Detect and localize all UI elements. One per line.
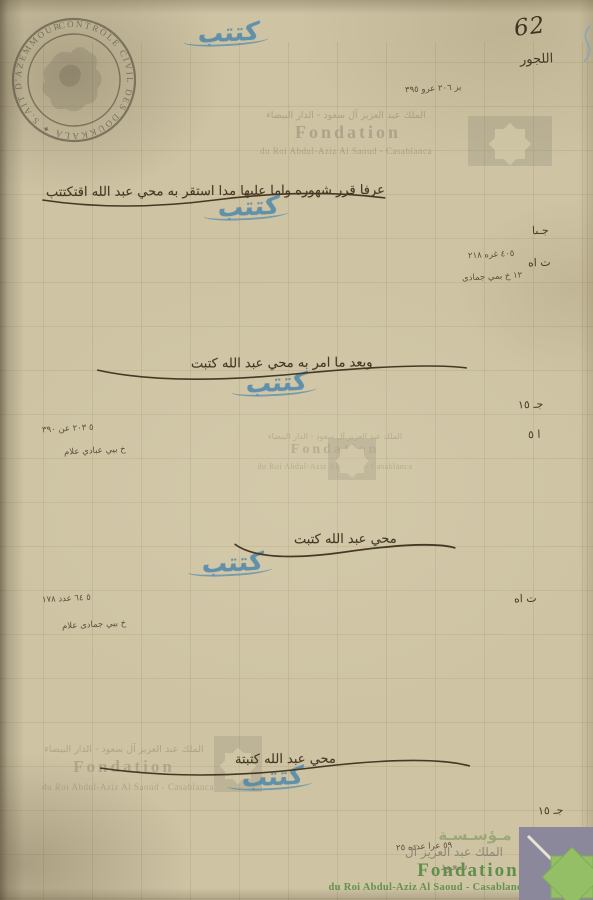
signature-flourish xyxy=(92,364,472,382)
margin-mark: جـ ١٥ xyxy=(538,804,564,818)
margin-mark: ا ٥ xyxy=(528,428,541,441)
fee-reference: ٥ ٢٠٣ عن ٣٩٠ xyxy=(42,423,94,436)
fee-reference: خ بيي جمادى علام xyxy=(62,618,127,631)
watermark-title: Fondation xyxy=(258,122,438,143)
entry-signature: محي عبد الله كتبتة xyxy=(95,748,475,767)
watermark-subtitle: du Roi Abdul-Aziz Al Saoud - Casablanca xyxy=(28,782,228,792)
foundation-logo xyxy=(519,827,593,900)
margin-mark: ت اه xyxy=(514,592,537,606)
watermark-logo-square xyxy=(468,116,552,166)
watermark-title: Fondation xyxy=(280,442,390,458)
watermark-arabic: الملك عبد العزيز آل سعود - الدار البيضاء xyxy=(228,110,464,121)
official-stamp: CONTROLE CIVIL DES DOUKKALA ✦ S.AIT D'AZ… xyxy=(0,0,158,164)
margin-mark: ت اه xyxy=(532,840,555,854)
page-number: 62 xyxy=(513,12,547,42)
register-column-label: اللجور xyxy=(520,51,554,67)
watermark-logo-square xyxy=(328,438,376,480)
entry-signature: عرفا قرر شهوره واما عليها مدا استقر به م… xyxy=(40,180,390,199)
margin-mark: ت اه xyxy=(528,256,551,270)
watermark-subtitle: du Roi Abdul-Aziz Al Saoud - Casablanca xyxy=(228,146,464,156)
foundation-title: Fondation xyxy=(412,860,524,882)
fee-reference: خ بيي عبادي علام xyxy=(64,444,126,457)
foundation-subtitle: du Roi Abdul-Aziz Al Saoud - Casablanca xyxy=(328,882,528,893)
fee-reference: بز ٢٠٦ عرو ٣٩٥ xyxy=(405,83,462,96)
fee-reference: ٥ ٦٤ عدد ١٧٨ xyxy=(42,593,91,606)
margin-mark: جـٮا xyxy=(532,224,549,238)
blue-edge-mark xyxy=(580,24,593,64)
signature-flourish xyxy=(230,540,460,558)
entry-signature: وبعد ما امر به محي عبد الله كتبت xyxy=(92,352,472,371)
fee-reference: ١٢ خ بمي جمادى xyxy=(462,270,523,283)
signature-flourish xyxy=(40,192,390,210)
fee-reference: ٤٠٥ غره ٢١٨ xyxy=(468,249,515,261)
separator-kutiba: كتتب xyxy=(197,16,260,48)
manuscript-page: الملك عبد العزيز آل سعود - الدار البيضاء… xyxy=(0,0,593,900)
watermark-subtitle: du Roi Abdul-Aziz Al Saoud - Casablanca xyxy=(240,462,430,471)
margin-mark: جـ ١٥ xyxy=(518,398,544,412)
signature-flourish xyxy=(95,760,475,778)
entry-signature: محي عبد الله كتبت xyxy=(230,528,460,547)
watermark-arabic: الملك عبد العزيز آل سعود - الدار البيضاء xyxy=(240,432,430,441)
fee-reference: ٥٩ عرا عدده ٢٥ xyxy=(396,841,453,854)
